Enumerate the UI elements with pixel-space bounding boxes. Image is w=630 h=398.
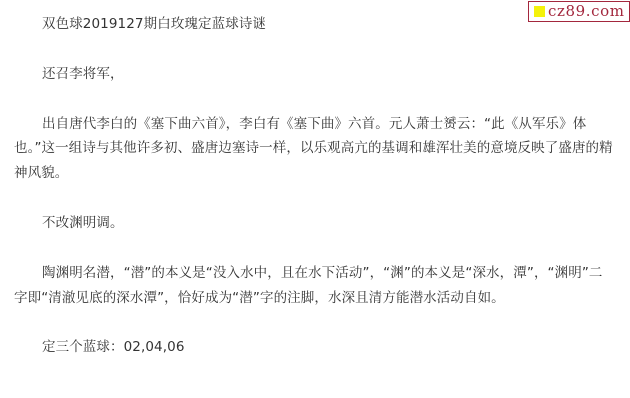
yellow-square-icon: [534, 6, 545, 17]
poem-line-2: 不改渊明调。: [14, 211, 616, 236]
spacer: [14, 236, 616, 261]
spacer: [14, 37, 616, 62]
article-title: 双色球2019127期白玫瑰定蓝球诗谜: [14, 12, 616, 37]
explanation-paragraph-1: 出自唐代李白的《塞下曲六首》，李白有《塞下曲》六首。元人萧士赟云：“此《从军乐》…: [14, 112, 616, 186]
article-body: 双色球2019127期白玫瑰定蓝球诗谜 还召李将军， 出自唐代李白的《塞下曲六首…: [14, 12, 616, 360]
spacer: [14, 87, 616, 112]
blue-ball-result: 定三个蓝球：02,04,06: [14, 335, 616, 360]
spacer: [14, 186, 616, 211]
site-watermark: cz89.com: [528, 1, 630, 22]
explanation-paragraph-2: 陶渊明名潜，“潜”的本义是“没入水中，且在水下活动”，“渊”的本义是“深水，潭”…: [14, 261, 616, 311]
watermark-text: cz89.com: [548, 2, 625, 21]
poem-line-1: 还召李将军，: [14, 62, 616, 87]
spacer: [14, 310, 616, 335]
